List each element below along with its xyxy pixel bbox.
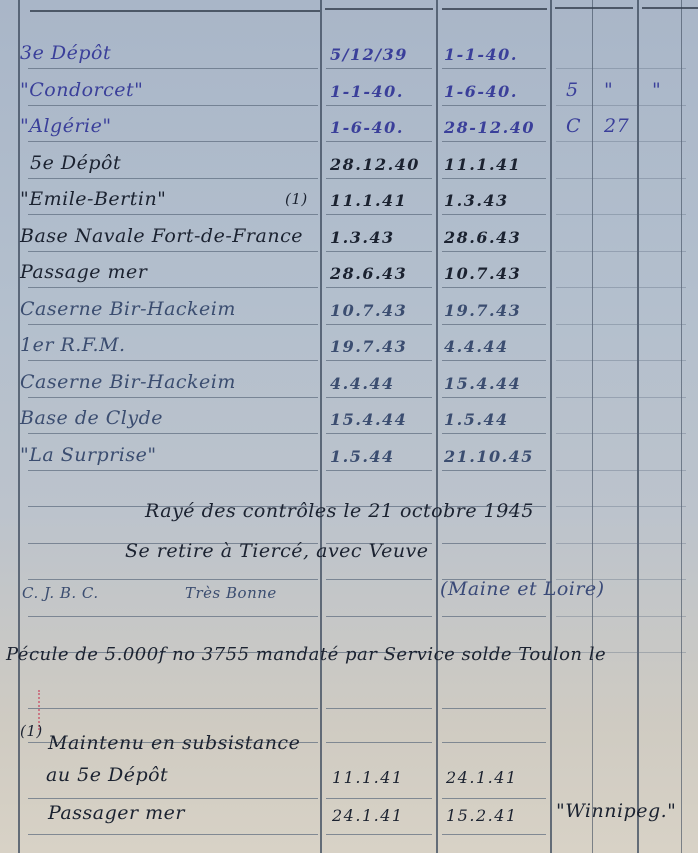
posting-date-from: 4.4.44 (330, 374, 395, 393)
header-rule (555, 7, 633, 9)
extra-col-4: " (604, 79, 613, 101)
extra-col-3: C (566, 115, 581, 137)
row-rule (556, 616, 686, 617)
row-rule (442, 708, 546, 709)
posting-row: "Emile-Bertin"(1)11.1.411.3.43 (0, 188, 698, 225)
posting-date-from: 10.7.43 (330, 301, 407, 320)
extra-col-3: 5 (566, 79, 579, 101)
posting-unit: Caserne Bir-Hackeim (20, 298, 236, 320)
footnote-note: "Winnipeg." (556, 800, 676, 822)
footnote-date-from: 24.1.41 (332, 806, 404, 825)
posting-unit: 5e Dépôt (30, 152, 121, 174)
row-rule (28, 579, 318, 580)
footnote-title: Maintenu en subsistance (48, 732, 300, 754)
posting-date-to: 1-6-40. (444, 82, 518, 101)
row-rule (326, 742, 432, 743)
posting-row: Caserne Bir-Hackeim4.4.4415.4.44 (0, 371, 698, 408)
row-rule (556, 543, 686, 544)
footnote-unit: au 5e Dépôt (46, 764, 168, 786)
posting-row: "La Surprise"1.5.4421.10.45 (0, 444, 698, 481)
posting-unit: "Emile-Bertin" (20, 188, 166, 210)
row-rule (28, 708, 318, 709)
posting-row: Caserne Bir-Hackeim10.7.4319.7.43 (0, 298, 698, 335)
posting-date-from: 15.4.44 (330, 410, 407, 429)
posting-date-to: 4.4.44 (444, 337, 509, 356)
conduct-label: C. J. B. C. (22, 584, 99, 602)
footnote-ref: (1) (285, 190, 308, 208)
row-rule (442, 616, 546, 617)
footnote-row: au 5e Dépôt11.1.4124.1.41 (0, 764, 698, 800)
posting-unit: "La Surprise" (20, 444, 157, 466)
posting-date-to: 1.3.43 (444, 191, 509, 210)
posting-date-to: 19.7.43 (444, 301, 521, 320)
posting-row: Base Navale Fort-de-France1.3.4328.6.43 (0, 225, 698, 262)
posting-date-from: 1-6-40. (330, 118, 404, 137)
retires-text: Se retire à Tiercé, avec Veuve (125, 540, 429, 562)
header-rule (442, 8, 547, 10)
posting-date-from: 1.5.44 (330, 447, 395, 466)
posting-date-from: 1-1-40. (330, 82, 404, 101)
posting-unit: Base Navale Fort-de-France (20, 225, 303, 247)
posting-date-from: 28.12.40 (330, 155, 420, 174)
header-rule (642, 7, 698, 9)
footnote-date-to: 24.1.41 (446, 768, 518, 787)
row-rule (442, 543, 546, 544)
posting-date-to: 28.6.43 (444, 228, 521, 247)
posting-unit: Base de Clyde (20, 407, 163, 429)
header-rule (325, 8, 433, 10)
posting-date-to: 28-12.40 (444, 118, 535, 137)
posting-date-to: 1.5.44 (444, 410, 509, 429)
row-rule (28, 616, 318, 617)
row-rule (326, 579, 432, 580)
posting-unit: 3e Dépôt (20, 42, 111, 64)
footnote-date-to: 15.2.41 (446, 806, 518, 825)
posting-row: 1er R.F.M.19.7.434.4.44 (0, 334, 698, 371)
posting-date-to: 15.4.44 (444, 374, 521, 393)
ledger-sheet: 3e Dépôt5/12/391-1-40."Condorcet"1-1-40.… (0, 0, 698, 853)
extra-col-4: 27 (604, 115, 629, 137)
row-rule (326, 708, 432, 709)
posting-date-to: 11.1.41 (444, 155, 521, 174)
posting-date-from: 5/12/39 (330, 45, 408, 64)
conduct-value: Très Bonne (185, 584, 277, 602)
posting-date-from: 1.3.43 (330, 228, 395, 247)
posting-date-from: 28.6.43 (330, 264, 407, 283)
struck-off-text: Rayé des contrôles le 21 octobre 1945 (145, 500, 534, 522)
posting-unit: Passage mer (20, 261, 147, 283)
posting-date-to: 1-1-40. (444, 45, 518, 64)
posting-unit: 1er R.F.M. (20, 334, 126, 356)
footnote-unit: Passager mer (48, 802, 185, 824)
posting-date-from: 11.1.41 (330, 191, 407, 210)
extra-col-5: " (652, 79, 661, 101)
posting-unit: "Condorcet" (20, 79, 143, 101)
posting-row: Base de Clyde15.4.441.5.44 (0, 407, 698, 444)
department-text: (Maine et Loire) (440, 578, 605, 600)
posting-row: Passage mer28.6.4310.7.43 (0, 261, 698, 298)
footnote-date-from: 11.1.41 (332, 768, 404, 787)
row-rule (442, 742, 546, 743)
pecule-text: Pécule de 5.000f no 3755 mandaté par Ser… (6, 644, 606, 665)
posting-row: "Algérie"1-6-40.28-12.40C27 (0, 115, 698, 152)
posting-row: "Condorcet"1-1-40.1-6-40.5"" (0, 79, 698, 116)
posting-date-to: 21.10.45 (444, 447, 534, 466)
footnote-row: Passager mer24.1.4115.2.41"Winnipeg." (0, 802, 698, 838)
header-rule (30, 10, 320, 12)
row-rule (326, 616, 432, 617)
posting-date-from: 19.7.43 (330, 337, 407, 356)
posting-row: 5e Dépôt28.12.4011.1.41 (0, 152, 698, 189)
posting-unit: Caserne Bir-Hackeim (20, 371, 236, 393)
posting-date-to: 10.7.43 (444, 264, 521, 283)
row-rule (556, 506, 686, 507)
posting-row: 3e Dépôt5/12/391-1-40. (0, 42, 698, 79)
posting-unit: "Algérie" (20, 115, 112, 137)
footnote-marker: (1) (20, 722, 43, 740)
